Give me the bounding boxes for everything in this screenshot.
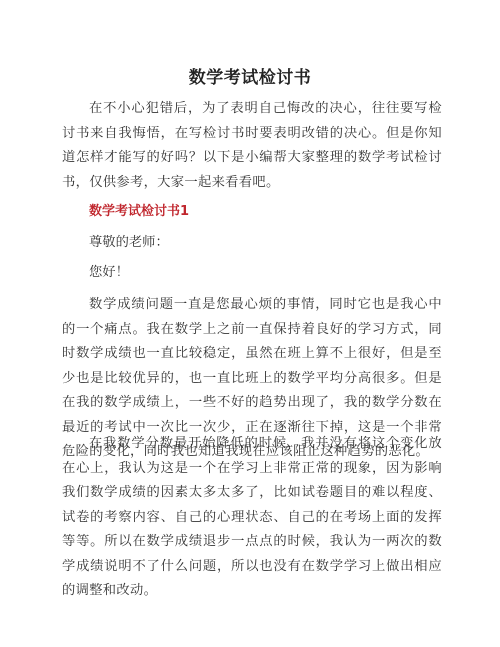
document-title: 数学考试检讨书 — [0, 63, 500, 88]
body-paragraph-2: 在我数学分数最开始降低的时候，我并没有将这个变化放在心上，我认为这是一个在学习上… — [62, 432, 442, 604]
document-page: 数学考试检讨书 在不小心犯错后，为了表明自己悔改的决心，往往要写检讨书来自我悔悟… — [0, 0, 500, 647]
intro-paragraph: 在不小心犯错后，为了表明自己悔改的决心，往往要写检讨书来自我悔悟，在写检讨书时要… — [62, 97, 442, 195]
greeting: 您好！ — [89, 263, 129, 283]
section-heading: 数学考试检讨书1 — [89, 202, 189, 222]
salutation: 尊敬的老师： — [89, 233, 169, 253]
